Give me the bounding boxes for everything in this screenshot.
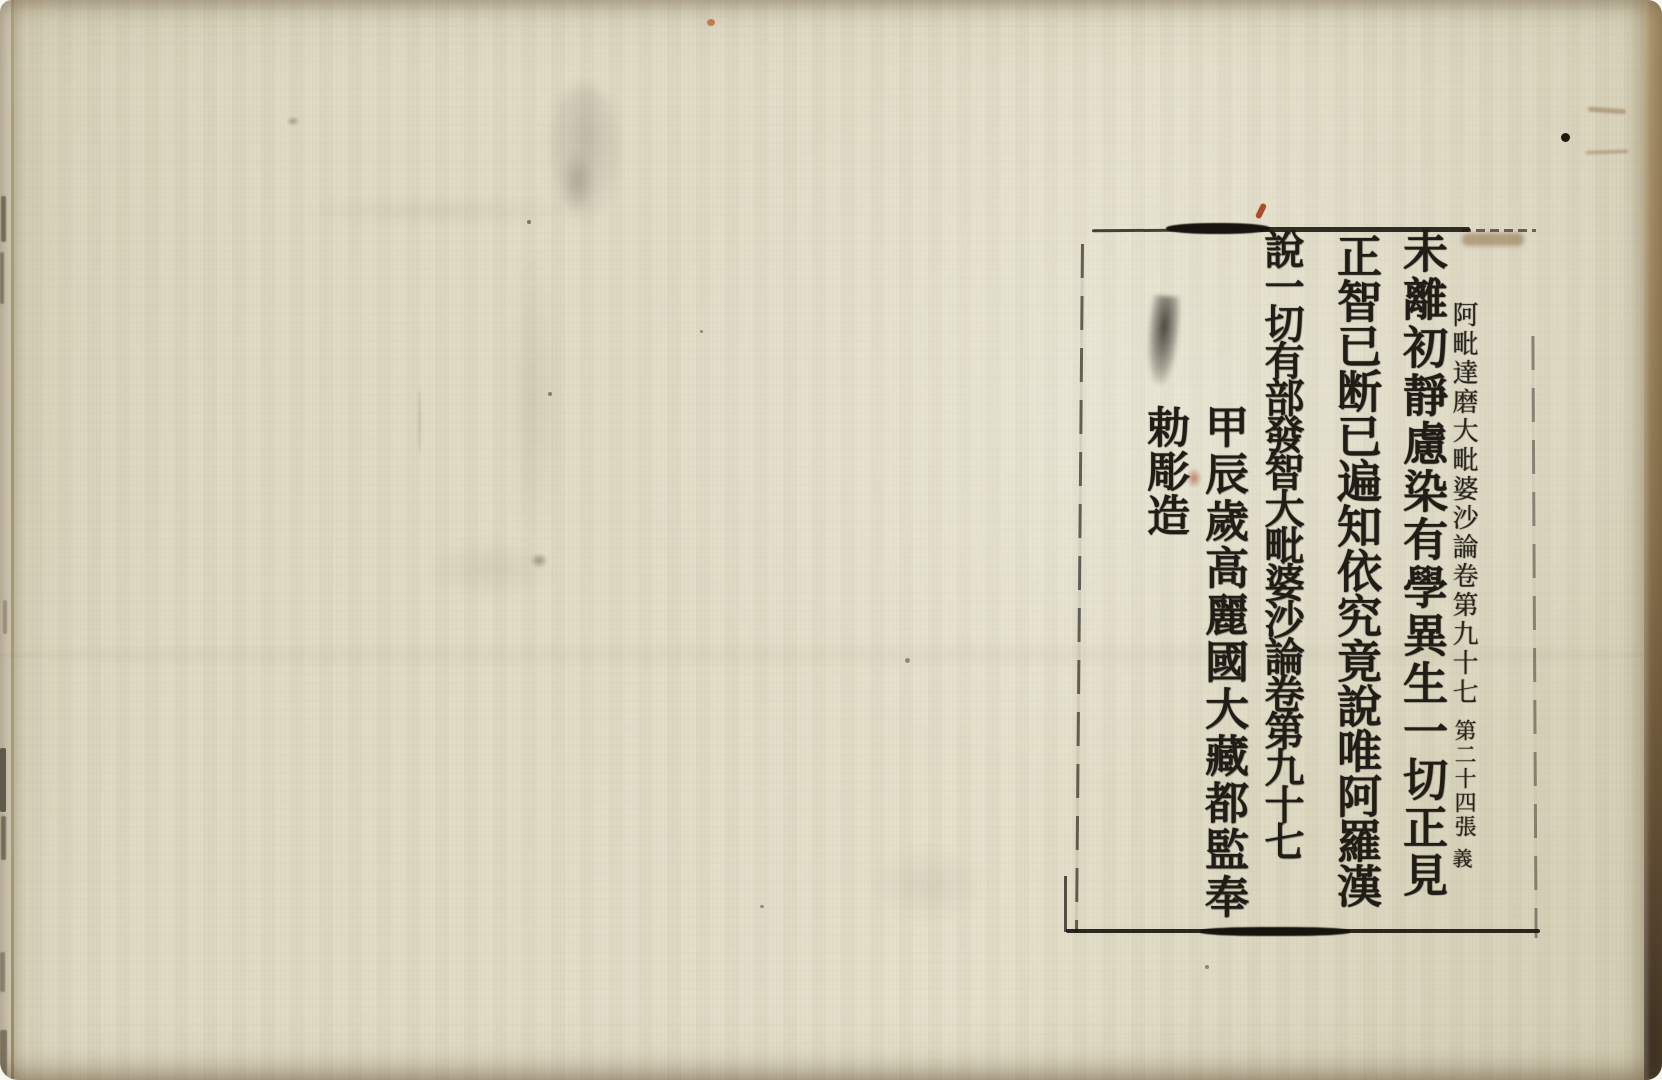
case-character: 義 [1451,848,1471,871]
ink-smudge [1144,295,1182,385]
colophon-line-2: 勅彫造 [1143,405,1186,537]
block-border-bottom-blob [1200,927,1350,936]
stain [425,540,555,598]
stain [548,84,620,222]
block-border-right [1531,336,1537,938]
speck [760,905,764,908]
ink-mark [0,952,5,992]
speck [1561,133,1570,142]
sheet-number: 第二十四張 [1451,719,1476,839]
speck [527,220,531,224]
speck [1588,107,1626,115]
ink-mark [0,748,6,812]
block-border-left [1075,244,1084,932]
ink-mark [0,1030,7,1080]
stain [508,248,560,548]
block-border-top-blob [1166,223,1270,234]
stain [868,848,988,922]
speck [286,116,300,126]
speck [707,19,715,26]
brown-smudge [1462,233,1524,246]
speck [1205,965,1209,969]
speck [548,392,552,396]
colophon-line-1: 甲辰歲高麗國大藏都監奉 [1200,404,1244,921]
stain [560,150,594,214]
stain [298,198,578,224]
main-text-line-2: 正智已断已遍知依究竟說唯阿羅漢 [1333,233,1378,908]
right-page-edge [1644,0,1662,1080]
main-text-line-1: 未離初靜慮染有學異生一切正見 [1399,228,1444,900]
margin-title-column: 阿毗達磨大毗婆沙論卷第九十七第二十四張義 [1450,301,1476,871]
speck [418,390,421,454]
block-border-top-tail [1462,229,1536,232]
ink-mark [1,196,6,242]
end-title: 說一切有部發智大毗婆沙論卷第九十七 [1261,229,1301,858]
speck [1586,149,1628,154]
speck [905,658,910,663]
ink-mark [1,816,6,860]
speck [700,330,703,333]
ink-mark [3,600,7,634]
red-mark [1255,202,1267,219]
book-page: 阿毗達磨大毗婆沙論卷第九十七第二十四張義 未離初靜慮染有學異生一切正見 正智已断… [0,0,1662,1080]
stain [530,553,548,568]
binding-fold-shadow [14,0,28,1080]
block-border-left-tick [1064,876,1067,932]
ink-mark [0,252,4,304]
margin-title: 阿毗達磨大毗婆沙論卷第九十七 [1448,301,1478,707]
